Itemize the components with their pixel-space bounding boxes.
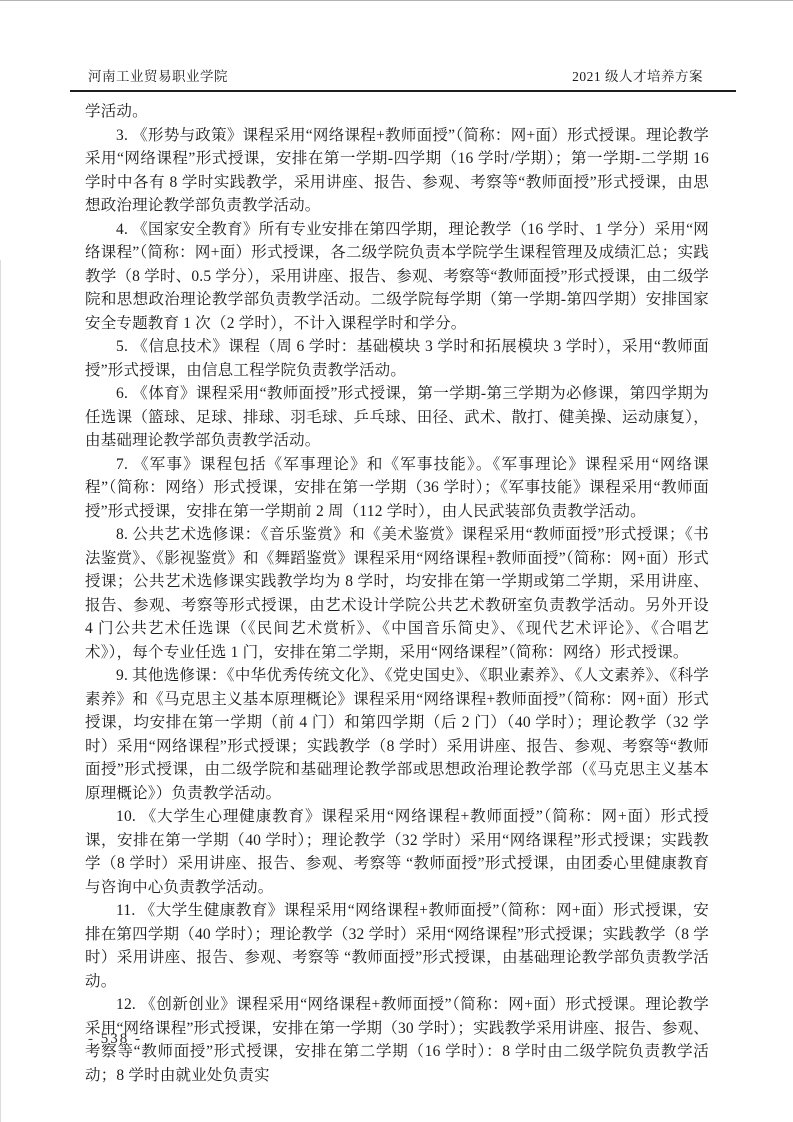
paragraph: 7. 《军事》课程包括《军事理论》和《军事技能》。《军事理论》课程采用“网络课程… (85, 453, 709, 524)
paragraph: 12. 《创新创业》课程采用“网络课程+教师面授”（简称：网+面）形式授课。理论… (85, 993, 709, 1087)
paragraph: 9. 其他选修课：《中华优秀传统文化》、《党史国史》、《职业素养》、《人文素养》… (85, 664, 709, 805)
paragraph: 10. 《大学生心理健康教育》课程采用“网络课程+教师面授”（简称：网+面）形式… (85, 805, 709, 899)
paragraph: 8. 公共艺术选修课：《音乐鉴赏》和《美术鉴赏》课程采用“教师面授”形式授课；《… (85, 523, 709, 664)
scan-artifact-left-edge (0, 260, 1, 1122)
paragraph: 5. 《信息技术》课程（周 6 学时：基础模块 3 学时和拓展模块 3 学时），… (85, 335, 709, 382)
document-body: 学活动。3. 《形势与政策》课程采用“网络课程+教师面授”（简称：网+面）形式授… (85, 100, 709, 1087)
running-head: 河南工业贸易职业学院 2021 级人才培养方案 (70, 68, 736, 92)
paragraph: 学活动。 (85, 100, 709, 124)
scan-artifact-top-edge (0, 0, 793, 1)
document-page: 河南工业贸易职业学院 2021 级人才培养方案 学活动。3. 《形势与政策》课程… (0, 0, 793, 1122)
paragraph: 3. 《形势与政策》课程采用“网络课程+教师面授”（简称：网+面）形式授课。理论… (85, 124, 709, 218)
paragraph: 11. 《大学生健康教育》课程采用“网络课程+教师面授”（简称：网+面）形式授课… (85, 899, 709, 993)
header-school-name: 河南工业贸易职业学院 (88, 68, 228, 86)
header-plan-title: 2021 级人才培养方案 (572, 68, 703, 86)
page-number: - 538 - (88, 1031, 142, 1048)
paragraph-list: 学活动。3. 《形势与政策》课程采用“网络课程+教师面授”（简称：网+面）形式授… (85, 100, 709, 1087)
paragraph: 6. 《体育》课程采用“教师面授”形式授课，第一学期-第三学期为必修课，第四学期… (85, 382, 709, 453)
paragraph: 4. 《国家安全教育》所有专业安排在第四学期，理论教学（16 学时、1 学分）采… (85, 218, 709, 336)
